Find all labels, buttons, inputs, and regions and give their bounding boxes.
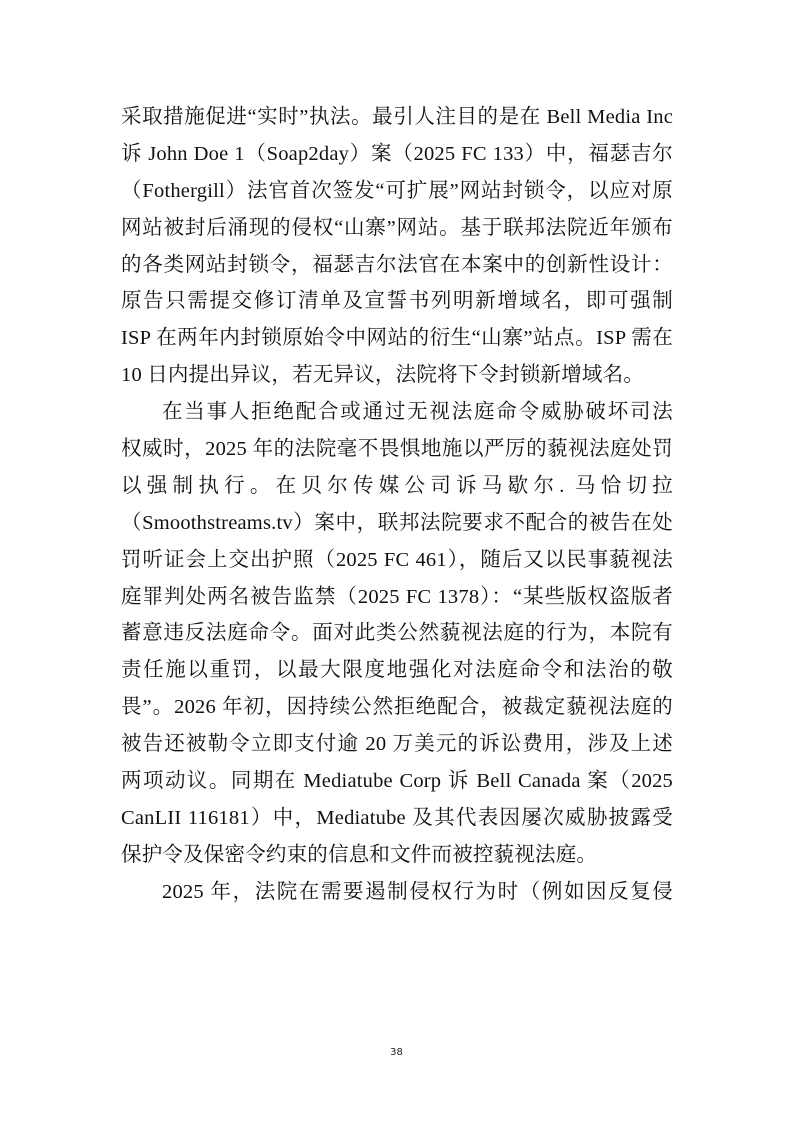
- text-line: （Fothergill）法官首次签发“可扩展”网站封锁令，以应对原: [121, 173, 673, 210]
- text-line: 畏”。2026 年初，因持续公然拒绝配合，被裁定藐视法庭的: [121, 689, 673, 726]
- text-line: 庭罪判处两名被告监禁（2025 FC 1378）：“某些版权盗版者: [121, 579, 673, 616]
- text-line: 两项动议。同期在 Mediatube Corp 诉 Bell Canada 案（…: [121, 763, 673, 800]
- paragraph-2: 在当事人拒绝配合或通过无视法庭命令威胁破坏司法 权威时，2025 年的法院毫不畏…: [121, 394, 673, 874]
- text-line: 罚听证会上交出护照（2025 FC 461），随后又以民事藐视法: [121, 542, 673, 579]
- text-line: 诉 John Doe 1（Soap2day）案（2025 FC 133）中，福瑟…: [121, 136, 673, 173]
- document-page: 采取措施促进“实时”执法。最引人注目的是在 Bell Media Inc 诉 J…: [0, 0, 793, 1122]
- text-line: 10 日内提出异议，若无异议，法院将下令封锁新增域名。: [121, 357, 673, 394]
- text-line: 的各类网站封锁令，福瑟吉尔法官在本案中的创新性设计：: [121, 247, 673, 284]
- text-line: 被告还被勒令立即支付逾 20 万美元的诉讼费用，涉及上述: [121, 726, 673, 763]
- text-line: 在当事人拒绝配合或通过无视法庭命令威胁破坏司法: [121, 394, 673, 431]
- text-line: 责任施以重罚，以最大限度地强化对法庭命令和法治的敬: [121, 652, 673, 689]
- text-line: 采取措施促进“实时”执法。最引人注目的是在 Bell Media Inc: [121, 99, 673, 136]
- text-line: 网站被封后涌现的侵权“山寨”网站。基于联邦法院近年颁布: [121, 210, 673, 247]
- text-line: 原告只需提交修订清单及宣誓书列明新增域名，即可强制: [121, 283, 673, 320]
- text-line: 以强制执行。在贝尔传媒公司诉马歇尔. 马恰切拉: [121, 468, 673, 505]
- page-number: 38: [0, 1047, 793, 1058]
- body-text: 采取措施促进“实时”执法。最引人注目的是在 Bell Media Inc 诉 J…: [121, 99, 673, 911]
- text-line: （Smoothstreams.tv）案中，联邦法院要求不配合的被告在处: [121, 505, 673, 542]
- paragraph-3: 2025 年，法院在需要遏制侵权行为时（例如因反复侵: [121, 874, 673, 911]
- text-line: 保护令及保密令约束的信息和文件而被控藐视法庭。: [121, 837, 673, 874]
- text-line: 权威时，2025 年的法院毫不畏惧地施以严厉的藐视法庭处罚: [121, 431, 673, 468]
- text-line: 蓄意违反法庭命令。面对此类公然藐视法庭的行为，本院有: [121, 615, 673, 652]
- text-line: CanLII 116181）中，Mediatube 及其代表因屡次威胁披露受: [121, 800, 673, 837]
- text-line: 2025 年，法院在需要遏制侵权行为时（例如因反复侵: [121, 874, 673, 911]
- text-line: ISP 在两年内封锁原始令中网站的衍生“山寨”站点。ISP 需在: [121, 320, 673, 357]
- paragraph-1: 采取措施促进“实时”执法。最引人注目的是在 Bell Media Inc 诉 J…: [121, 99, 673, 394]
